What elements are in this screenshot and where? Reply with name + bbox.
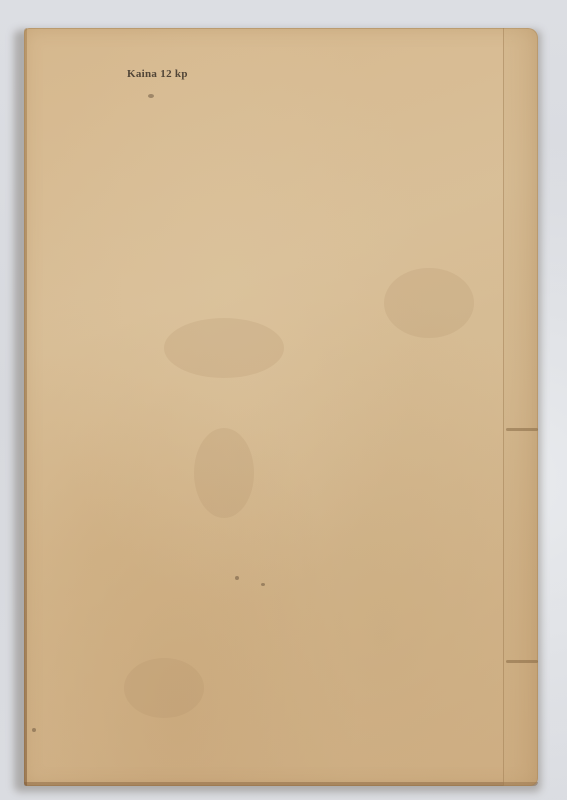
ink-spot xyxy=(32,728,36,732)
price-label: Kaina 12 kp xyxy=(127,68,188,80)
paper-stain xyxy=(384,268,474,338)
ink-spot xyxy=(148,94,154,98)
ink-spot xyxy=(235,576,239,580)
book-back-cover: Kaina 12 kp xyxy=(24,28,538,786)
paper-stain xyxy=(124,658,204,718)
book-spine-fold xyxy=(503,28,538,786)
ink-spot xyxy=(261,583,265,586)
spine-crease xyxy=(506,660,538,663)
cover-left-edge xyxy=(24,28,27,786)
paper-stain xyxy=(194,428,254,518)
paper-stain xyxy=(164,318,284,378)
spine-crease xyxy=(506,428,538,431)
cover-bottom-edge xyxy=(24,782,538,786)
